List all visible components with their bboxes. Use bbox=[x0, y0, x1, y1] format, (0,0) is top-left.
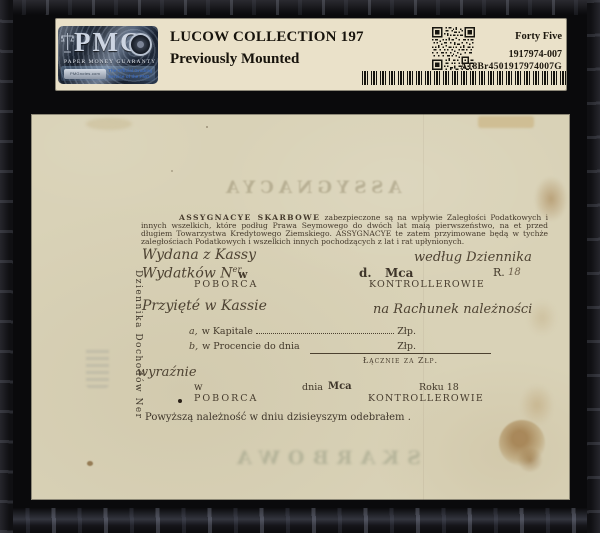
stain-right-edge bbox=[534, 176, 568, 222]
cert-number: 1917974-007 bbox=[509, 49, 562, 60]
month-abbr: Mca bbox=[385, 266, 413, 280]
year-abbr: R. bbox=[493, 266, 505, 279]
margin-note: Dziennika Dochodów Ner bbox=[133, 270, 143, 419]
dotted-leader bbox=[256, 325, 394, 334]
pmg-grading-label: PMG PAPER MONEY GUARANTY PMGnotes.com Th… bbox=[55, 18, 567, 91]
stain-right-mid bbox=[527, 300, 557, 336]
pmg-holo-label: PMG PAPER MONEY GUARANTY PMGnotes.com Th… bbox=[58, 26, 158, 84]
frame-left-edge bbox=[0, 0, 13, 533]
collector-label: POBORCA bbox=[194, 279, 258, 290]
row-a-prefix: a, bbox=[189, 326, 198, 337]
barcode bbox=[362, 71, 566, 85]
row-a-label: w Kapitale bbox=[202, 326, 253, 337]
day-abbr: d. bbox=[359, 266, 372, 280]
speck-2 bbox=[171, 170, 173, 172]
collection-title: LUCOW COLLECTION 197 bbox=[170, 29, 364, 46]
row-a-currency: Złp. bbox=[397, 326, 416, 337]
frame-bottom-edge bbox=[0, 508, 600, 533]
pmg-tagline: PAPER MONEY GUARANTY bbox=[64, 59, 156, 65]
interest-row: b, w Procencie do dnia Złp. bbox=[189, 341, 416, 352]
pmg-service-text: The Official Grading Service of the PNG bbox=[108, 68, 152, 79]
showthrough-smudge bbox=[86, 346, 109, 388]
controllers-label-2: KONTROLLEROWIE bbox=[368, 393, 484, 404]
date-month-label: Mca bbox=[328, 381, 352, 392]
received-at-line: Przyięté w Kassie bbox=[142, 298, 267, 314]
controllers-label: KONTROLLEROWIE bbox=[369, 279, 485, 290]
stain-top-left bbox=[86, 118, 132, 130]
row-b-label: w Procencie do dnia bbox=[202, 341, 300, 352]
document-paper: ASSYGNACYA SKARBOWA ASSYGNACYE SKARBOWE … bbox=[31, 114, 570, 500]
showthrough-stamp: SKARBOWA bbox=[229, 447, 421, 469]
date-year-label: Roku 18 bbox=[419, 382, 459, 393]
receipt-line: Powyższą należność w dniu dzisieyszym od… bbox=[145, 412, 411, 423]
pmg-seal-icon bbox=[129, 33, 152, 56]
place-letter-2: w bbox=[194, 382, 203, 393]
frame-top-edge bbox=[0, 0, 600, 15]
brown-dot bbox=[87, 461, 93, 466]
on-account-line: na Rachunek należności bbox=[373, 302, 532, 317]
stain-tape-top-right bbox=[478, 116, 534, 128]
holo-bottom-strip: PMGnotes.com The Official Grading Servic… bbox=[61, 66, 155, 81]
showthrough-title: ASSYGNACYA bbox=[221, 178, 402, 198]
year-partial: 18 bbox=[508, 267, 521, 278]
according-to-journal: według Dziennika bbox=[414, 250, 532, 265]
grade-text: Forty Five bbox=[515, 31, 562, 42]
treasury-paragraph: ASSYGNACYE SKARBOWE zabezpieczone są na … bbox=[141, 214, 548, 246]
row-b-currency: Złp. bbox=[397, 341, 416, 352]
date-day-label: dnia bbox=[302, 382, 323, 393]
speck-1 bbox=[206, 126, 208, 128]
sum-rule bbox=[310, 353, 491, 354]
capital-row: a, w Kapitale Złp. bbox=[189, 325, 416, 337]
collector-label-2: POBORCA bbox=[194, 393, 258, 404]
stain-bottom-right-blob-2 bbox=[517, 448, 543, 472]
scales-icon bbox=[61, 32, 74, 54]
pmg-website: PMGnotes.com bbox=[64, 69, 106, 79]
row-b-prefix: b, bbox=[189, 341, 198, 352]
issued-from-line: Wydana z Kassy bbox=[142, 247, 256, 263]
frame-right-edge bbox=[587, 0, 600, 533]
ink-dot bbox=[178, 399, 182, 403]
total-label: Łącznie za Złp. bbox=[310, 356, 491, 365]
label-note: Previously Mounted bbox=[170, 51, 299, 68]
in-words-label: wyraźnie bbox=[137, 365, 197, 380]
